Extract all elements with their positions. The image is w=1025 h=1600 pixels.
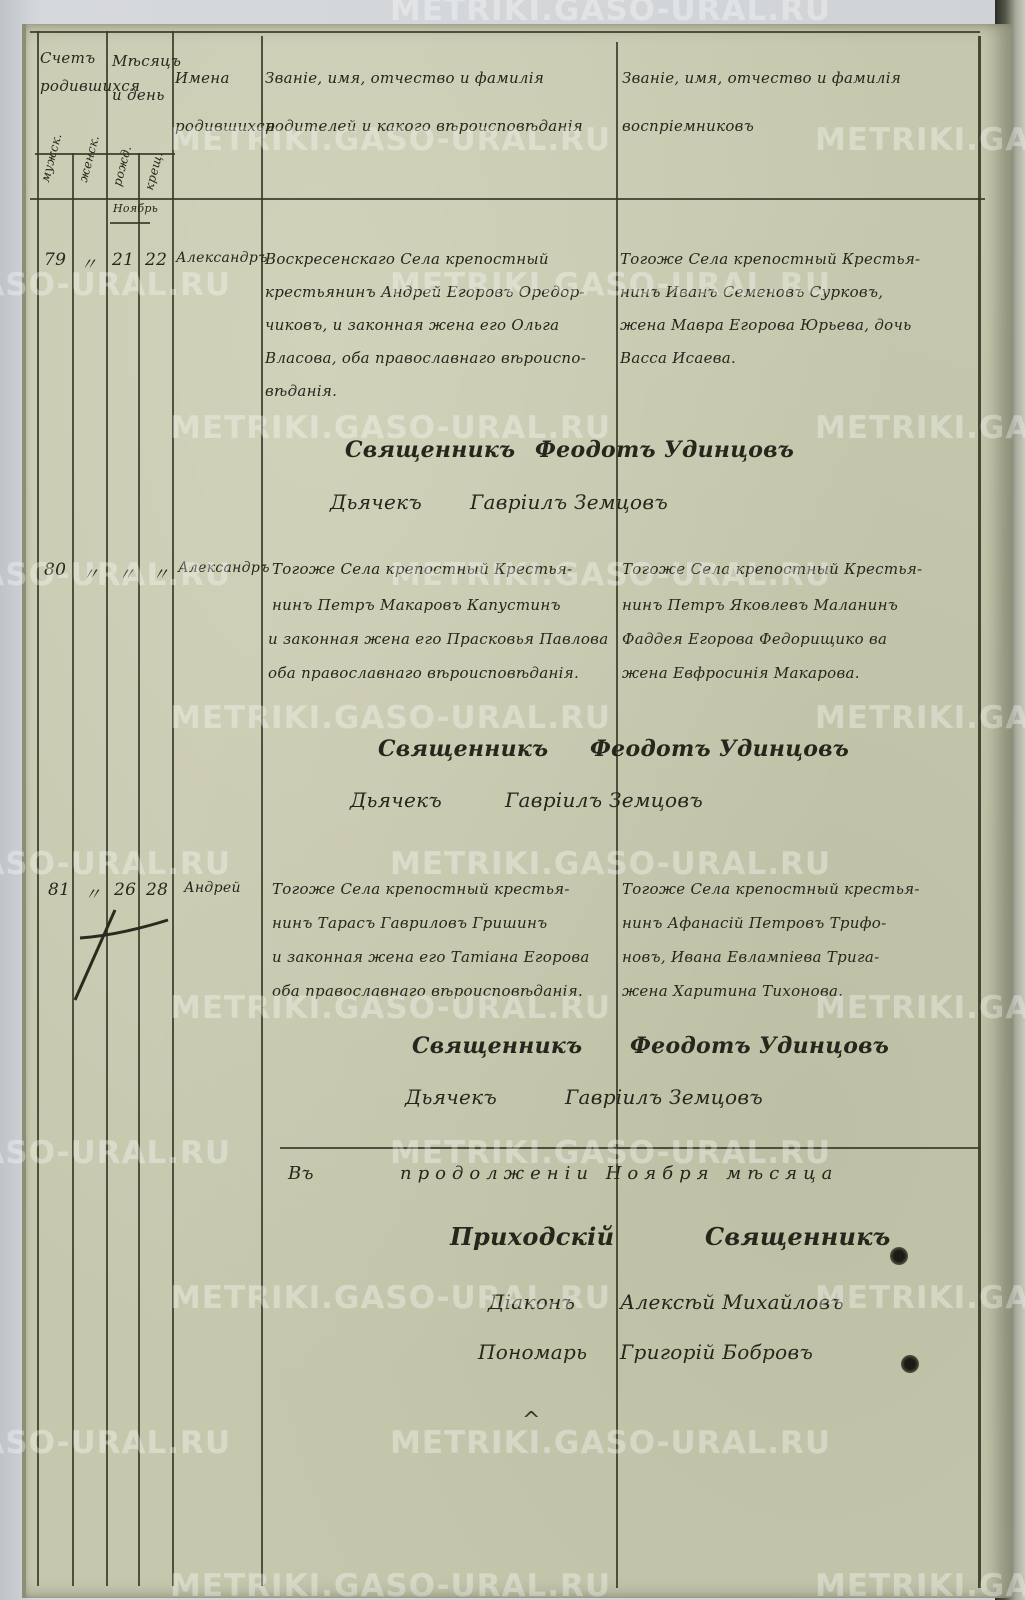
entry-number: 81 (48, 880, 70, 900)
entry-parents-line: вѣданія. (265, 382, 337, 400)
signature-priest-name: Феодотъ Удинцовъ (590, 736, 849, 762)
watermark: METRIKI.GASO-URAL.RU (170, 1568, 611, 1600)
watermark: METRIKI.GASO-URAL.RU (170, 1280, 611, 1316)
watermark: METRIKI.GASO-URAL.RU (815, 1568, 1025, 1600)
entry-godparents-line: Фаддея Егорова Федорищико ва (622, 630, 887, 648)
watermark: METRIKI.GASO-URAL.RU (390, 846, 831, 882)
punch-hole (890, 1247, 908, 1265)
entry-parents-line: Власова, оба православнаго вѣроиспо- (265, 349, 586, 367)
entry-godparents-line: Тогоже Села крепостный крестья- (622, 880, 920, 898)
closing-signature-parish: Приходскій (450, 1222, 614, 1251)
entry-parents-line: и законная жена его Татіана Егорова (272, 948, 590, 966)
entry-female-mark: 〃 (84, 880, 101, 905)
entry-godparents-line: нинъ Афанасій Петровъ Трифо- (622, 914, 887, 932)
closing-signature-sexton-name: Григорій Бобровъ (620, 1340, 813, 1364)
signature-clerk-role: Дьячекъ (330, 490, 422, 514)
punch-hole (901, 1355, 919, 1373)
entry-parents-line: нинъ Петръ Макаровъ Капустинъ (272, 596, 561, 614)
entry-parents-line: и законная жена его Прасковья Павлова (268, 630, 608, 648)
watermark: METRIKI.GASO-URAL.RU (390, 267, 831, 303)
month-label: Ноябрь (113, 202, 158, 215)
signature-clerk-name: Гавріилъ Земцовъ (565, 1085, 763, 1109)
entry-child-name: Александръ (176, 250, 268, 266)
page-edge (22, 24, 26, 1598)
watermark: METRIKI.GASO-URAL.RU (390, 0, 831, 28)
watermark: METRIKI.GASO-URAL.RU (0, 846, 231, 882)
entry-parents-line: оба православнаго вѣроисповѣданія. (268, 664, 579, 682)
watermark: METRIKI.GASO-URAL.RU (815, 122, 1025, 158)
entry-birth-day: 26 (114, 880, 136, 900)
signature-priest-role: Священникъ (412, 1033, 582, 1059)
closing-signature-sexton-role: Пономарь (478, 1340, 587, 1364)
watermark: METRIKI.GASO-URAL.RU (170, 410, 611, 446)
entry-godparents-line: Тогоже Села крепостный Крестья- (620, 250, 920, 268)
entry-godparents-line: жена Евфросинія Макарова. (622, 664, 860, 682)
entry-godparents-line: новъ, Ивана Евлампіева Трига- (622, 948, 879, 966)
signature-clerk-role: Дьячекъ (405, 1085, 497, 1109)
signature-clerk-name: Гавріилъ Земцовъ (505, 788, 703, 812)
entry-parents-line: Тогоже Села крепостный крестья- (272, 880, 570, 898)
watermark: METRIKI.GASO-URAL.RU (0, 267, 231, 303)
death-mark-icon (60, 905, 180, 1005)
watermark: METRIKI.GASO-URAL.RU (170, 122, 611, 158)
entry-baptism-day: 28 (146, 880, 168, 900)
entry-godparents-line: жена Мавра Егорова Юрьева, дочь (620, 316, 912, 334)
entry-godparents-line: Васса Исаева. (620, 349, 736, 367)
watermark: METRIKI.GASO-URAL.RU (170, 990, 611, 1026)
watermark: METRIKI.GASO-URAL.RU (390, 1425, 831, 1461)
signature-clerk-name: Гавріилъ Земцовъ (470, 490, 668, 514)
closing-prefix: Въ (288, 1163, 314, 1184)
entry-parents-line: Воскресенскаго Села крепостный (265, 250, 549, 268)
watermark: METRIKI.GASO-URAL.RU (0, 1425, 231, 1461)
header-month-day: Мѣсяцъ и день (112, 44, 170, 112)
watermark: METRIKI.GASO-URAL.RU (815, 1280, 1025, 1316)
entry-child-name: Андрей (184, 880, 241, 896)
entry-parents-line: чиковъ, и законная жена его Ольга (265, 316, 559, 334)
watermark: METRIKI.GASO-URAL.RU (815, 700, 1025, 736)
watermark: METRIKI.GASO-URAL.RU (0, 1135, 231, 1171)
header-birth-number: Счетъ родившихся (40, 44, 102, 100)
watermark: METRIKI.GASO-URAL.RU (170, 700, 611, 736)
signature-clerk-role: Дьячекъ (350, 788, 442, 812)
watermark: METRIKI.GASO-URAL.RU (815, 410, 1025, 446)
watermark: METRIKI.GASO-URAL.RU (390, 1135, 831, 1171)
watermark: METRIKI.GASO-URAL.RU (0, 557, 231, 593)
signature-priest-role: Священникъ (378, 736, 548, 762)
entry-godparents-line: нинъ Петръ Яковлевъ Маланинъ (622, 596, 898, 614)
closing-signature-priest: Священникъ (705, 1222, 891, 1251)
entry-parents-line: нинъ Тарасъ Гавриловъ Гришинъ (272, 914, 547, 932)
entry-godparents-line: жена Харитина Тихонова. (622, 982, 843, 1000)
signature-priest-name: Феодотъ Удинцовъ (630, 1033, 889, 1059)
watermark: METRIKI.GASO-URAL.RU (815, 990, 1025, 1026)
watermark: METRIKI.GASO-URAL.RU (390, 557, 831, 593)
closing-signature-deacon-name: Алексѣй Михайловъ (620, 1290, 844, 1314)
